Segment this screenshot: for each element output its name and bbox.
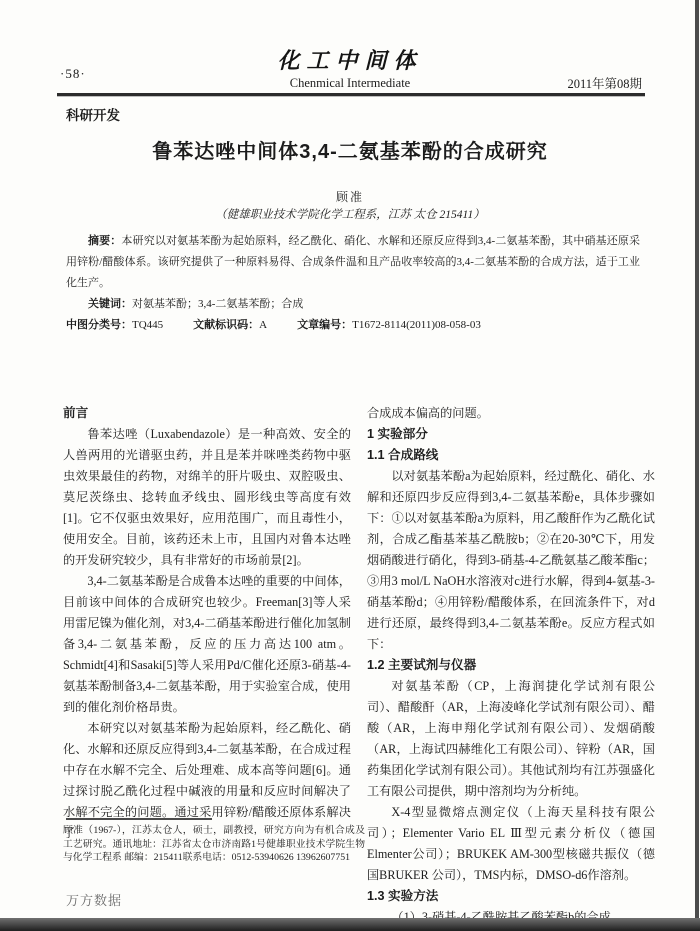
author-name: 顾准 bbox=[0, 188, 700, 205]
author-bio-footnote: 顾准（1967-），江苏太仓人，硕士，副教授，研究方向为有机合成及工艺研究。通讯… bbox=[63, 824, 365, 865]
paragraph: 以对氨基苯酚a为起始原料，经过酰化、硝化、水解和还原四步反应得到3,4-二氨基苯… bbox=[367, 466, 655, 655]
article-id-group: 文章编号：T1672-8114(2011)08-058-03 bbox=[297, 315, 481, 336]
abstract-label: 摘要： bbox=[88, 235, 121, 247]
paragraph: X-4型显微熔点测定仪（上海天星科技有限公司）；Elementer Vario … bbox=[367, 802, 655, 886]
abstract-text: 本研究以对氨基苯酚为起始原料，经乙酰化、硝化、水解和还原反应得到3,4-二氨基苯… bbox=[66, 235, 640, 289]
meta-line: 中图分类号：TQ445文献标识码：A文章编号：T1672-8114(2011)0… bbox=[66, 315, 640, 336]
journal-title-cn: 化工中间体 bbox=[0, 44, 700, 75]
doc-code-label: 文献标识码： bbox=[193, 319, 259, 331]
section-column-label: 科研开发 bbox=[66, 104, 120, 124]
paragraph: 3,4-二氨基苯酚是合成鲁本达唑的重要的中间体，目前该中间体的合成研究也较少。F… bbox=[63, 571, 351, 718]
section-heading-1: 1 实验部分 bbox=[367, 424, 655, 445]
paragraph: 鲁苯达唑（Luxabendazole）是一种高效、安全的人兽两用的光谱驱虫药，并… bbox=[63, 424, 351, 571]
keywords-label: 关键词： bbox=[88, 298, 132, 310]
doc-code-value: A bbox=[259, 319, 267, 331]
section-heading-1-3: 1.3 实验方法 bbox=[367, 886, 655, 907]
journal-page-scan: ·58· 化工中间体 Chenmical Intermediate 2011年第… bbox=[0, 0, 700, 931]
abstract-block: 摘要：本研究以对氨基苯酚为起始原料，经乙酰化、硝化、水解和还原反应得到3,4-二… bbox=[66, 231, 640, 336]
paragraph-continuation: 合成成本偏高的问题。 bbox=[367, 403, 655, 424]
footnote-rule bbox=[66, 818, 212, 820]
clc-group: 中图分类号：TQ445 bbox=[66, 315, 163, 336]
keywords-line: 关键词：对氨基苯酚；3,4-二氨基苯酚；合成 bbox=[66, 294, 640, 315]
header-rule bbox=[57, 93, 645, 96]
paragraph: 对氨基苯酚（CP，上海润捷化学试剂有限公司）、醋酸酐（AR，上海凌峰化学试剂有限… bbox=[367, 676, 655, 802]
author-affiliation: （健雄职业技术学院化学工程系，江苏 太仓 215411） bbox=[0, 206, 700, 222]
right-column: 合成成本偏高的问题。 1 实验部分 1.1 合成路线 以对氨基苯酚a为起始原料，… bbox=[367, 403, 655, 928]
scan-edge-bottom bbox=[0, 918, 700, 931]
doc-code-group: 文献标识码：A bbox=[193, 315, 267, 336]
article-id-value: T1672-8114(2011)08-058-03 bbox=[352, 319, 481, 331]
clc-label: 中图分类号： bbox=[66, 319, 132, 331]
wanfang-watermark: 万方数据 bbox=[66, 890, 122, 909]
section-heading-1-1: 1.1 合成路线 bbox=[367, 445, 655, 466]
keywords-text: 对氨基苯酚；3,4-二氨基苯酚；合成 bbox=[132, 298, 303, 310]
article-title: 鲁苯达唑中间体3,4-二氨基苯酚的合成研究 bbox=[0, 135, 700, 164]
issue-label: 2011年第08期 bbox=[567, 74, 642, 92]
intro-heading: 前言 bbox=[63, 403, 351, 424]
clc-value: TQ445 bbox=[132, 319, 163, 331]
article-id-label: 文章编号： bbox=[297, 319, 352, 331]
section-heading-1-2: 1.2 主要试剂与仪器 bbox=[367, 655, 655, 676]
abstract-paragraph: 摘要：本研究以对氨基苯酚为起始原料，经乙酰化、硝化、水解和还原反应得到3,4-二… bbox=[66, 231, 640, 294]
scan-edge-right bbox=[695, 0, 699, 931]
